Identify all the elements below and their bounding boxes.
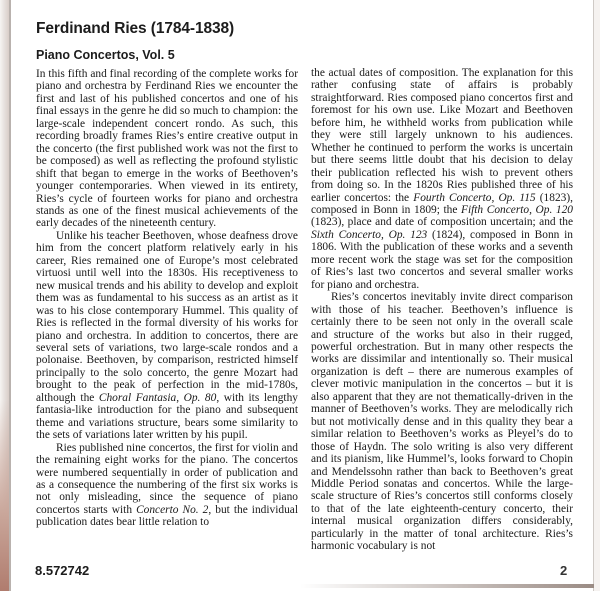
page-title: Ferdinand Ries (1784-1838) bbox=[36, 20, 234, 38]
paragraph-text: In this fifth and final recording of the… bbox=[36, 68, 298, 229]
page-bottom-shadow bbox=[300, 584, 594, 588]
body-paragraph: Ries published nine concertos, the first… bbox=[36, 442, 298, 529]
paragraph-text: Ries’s concertos inevitably invite direc… bbox=[311, 291, 573, 552]
italic-work-title: Op. 80 bbox=[184, 392, 217, 404]
italic-work-title: Concerto No. 2 bbox=[136, 504, 208, 516]
page-right-edge bbox=[594, 0, 600, 591]
paragraph-text: , bbox=[176, 392, 183, 404]
page-fold-line bbox=[9, 0, 11, 591]
body-paragraph: the actual dates of composition. The exp… bbox=[311, 67, 573, 291]
italic-work-title: Sixth Concerto, Op. 123 bbox=[311, 229, 427, 241]
italic-work-title: Fourth Concerto, Op. 115 bbox=[413, 192, 535, 204]
page-subtitle: Piano Concertos, Vol. 5 bbox=[36, 48, 175, 62]
left-text-column: In this fifth and final recording of the… bbox=[36, 68, 298, 529]
paragraph-text: (1823), place and date of composition un… bbox=[311, 216, 573, 228]
body-paragraph: In this fifth and final recording of the… bbox=[36, 68, 298, 230]
paragraph-text: Unlike his teacher Beethoven, whose deaf… bbox=[36, 230, 298, 404]
catalogue-number: 8.572742 bbox=[35, 563, 89, 578]
body-paragraph: Ries’s concertos inevitably invite direc… bbox=[311, 291, 573, 553]
italic-work-title: Fifth Concerto, Op. 120 bbox=[461, 204, 573, 216]
page-number: 2 bbox=[560, 563, 567, 578]
right-text-column: the actual dates of composition. The exp… bbox=[311, 67, 573, 553]
body-paragraph: Unlike his teacher Beethoven, whose deaf… bbox=[36, 230, 298, 442]
italic-work-title: Choral Fantasia bbox=[99, 392, 176, 404]
paragraph-text: the actual dates of composition. The exp… bbox=[311, 67, 573, 204]
